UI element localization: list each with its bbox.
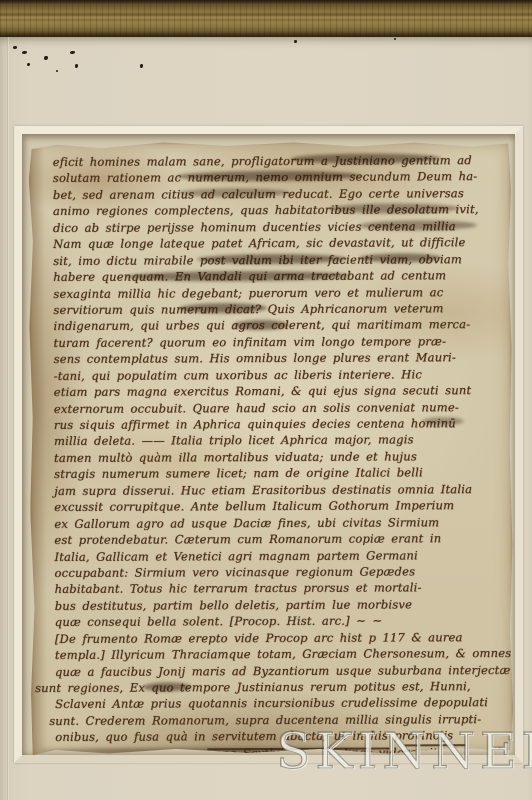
skinner-watermark: SKINNER xyxy=(276,726,532,776)
manuscript-line: quæ a faucibus Jonij maris ad Byzantioru… xyxy=(55,662,507,680)
manuscript-line: quæ consequi bella solent. [Procop. Hist… xyxy=(55,612,507,630)
mat-opening: eficit homines malam sane, profligatorum… xyxy=(14,126,523,763)
manuscript-line: sunt regiones, Ex quo tempore Justinianu… xyxy=(35,678,507,696)
manuscript-line: Sclaveni Antæ prius quotannis incursioni… xyxy=(55,694,507,712)
picture-frame-top-molding xyxy=(0,0,532,37)
manuscript-line: externorum occubuit. Quare haud scio an … xyxy=(54,399,506,417)
manuscript-line: millia deleta. —— Italia triplo licet Ap… xyxy=(54,431,506,449)
manuscript-line: ex Gallorum agro ad usque Daciæ fines, u… xyxy=(54,514,506,532)
manuscript-line: habitabant. Totus hic terrarum tractus p… xyxy=(55,579,507,597)
manuscript-line: tamen multò quàm illa mortalibus viduata… xyxy=(54,448,506,466)
manuscript-line: servitiorum quis numerum dicat? Quis Aph… xyxy=(53,300,505,318)
mat-left-crease xyxy=(7,37,9,800)
manuscript-line: sens contemplatus sum. His omnibus longe… xyxy=(54,349,506,367)
manuscript-page: eficit homines malam sane, profligatorum… xyxy=(29,141,514,755)
manuscript-line: turam facerent? quorum eo infinitam vim … xyxy=(54,333,506,351)
manuscript-text: eficit homines malam sane, profligatorum… xyxy=(53,152,508,762)
manuscript-line: stragis numerum sumere licet; nam de ori… xyxy=(54,464,506,482)
manuscript-line: Italia, Gallicam et Venetici agri magnam… xyxy=(54,546,506,564)
manuscript-line: -tani, qui populatim cum uxoribus ac lib… xyxy=(54,366,506,384)
manuscript-line: Nam quæ longe lateque patet Africam, sic… xyxy=(53,234,505,252)
manuscript-line: etiam pars magna exercitus Romani, & qui… xyxy=(54,382,506,400)
framed-manuscript-photo: eficit homines malam sane, profligatorum… xyxy=(0,0,532,800)
manuscript-line: jam supra disserui. Huc etiam Erasitorib… xyxy=(54,481,506,499)
manuscript-line: bus destitutus, partim bello deletis, pa… xyxy=(55,596,507,614)
manuscript-line: est protendebatur. Cæterum cum Romanorum… xyxy=(54,530,506,548)
manuscript-line: excussit corrupitque. Ante bellum Italic… xyxy=(54,497,506,515)
manuscript-line: sexaginta millia hic degebant; puerorum … xyxy=(53,283,505,301)
manuscript-line: templa.] Illyricum Thraciamque totam, Gr… xyxy=(55,645,507,663)
manuscript-line: eficit homines malam sane, profligatorum… xyxy=(53,152,505,170)
manuscript-line: occupabant: Sirmium vero vicinasque regi… xyxy=(55,563,507,581)
manuscript-line: [De frumento Romæ erepto vide Procop arc… xyxy=(55,629,507,647)
page-left-edge-shadow xyxy=(29,143,48,755)
